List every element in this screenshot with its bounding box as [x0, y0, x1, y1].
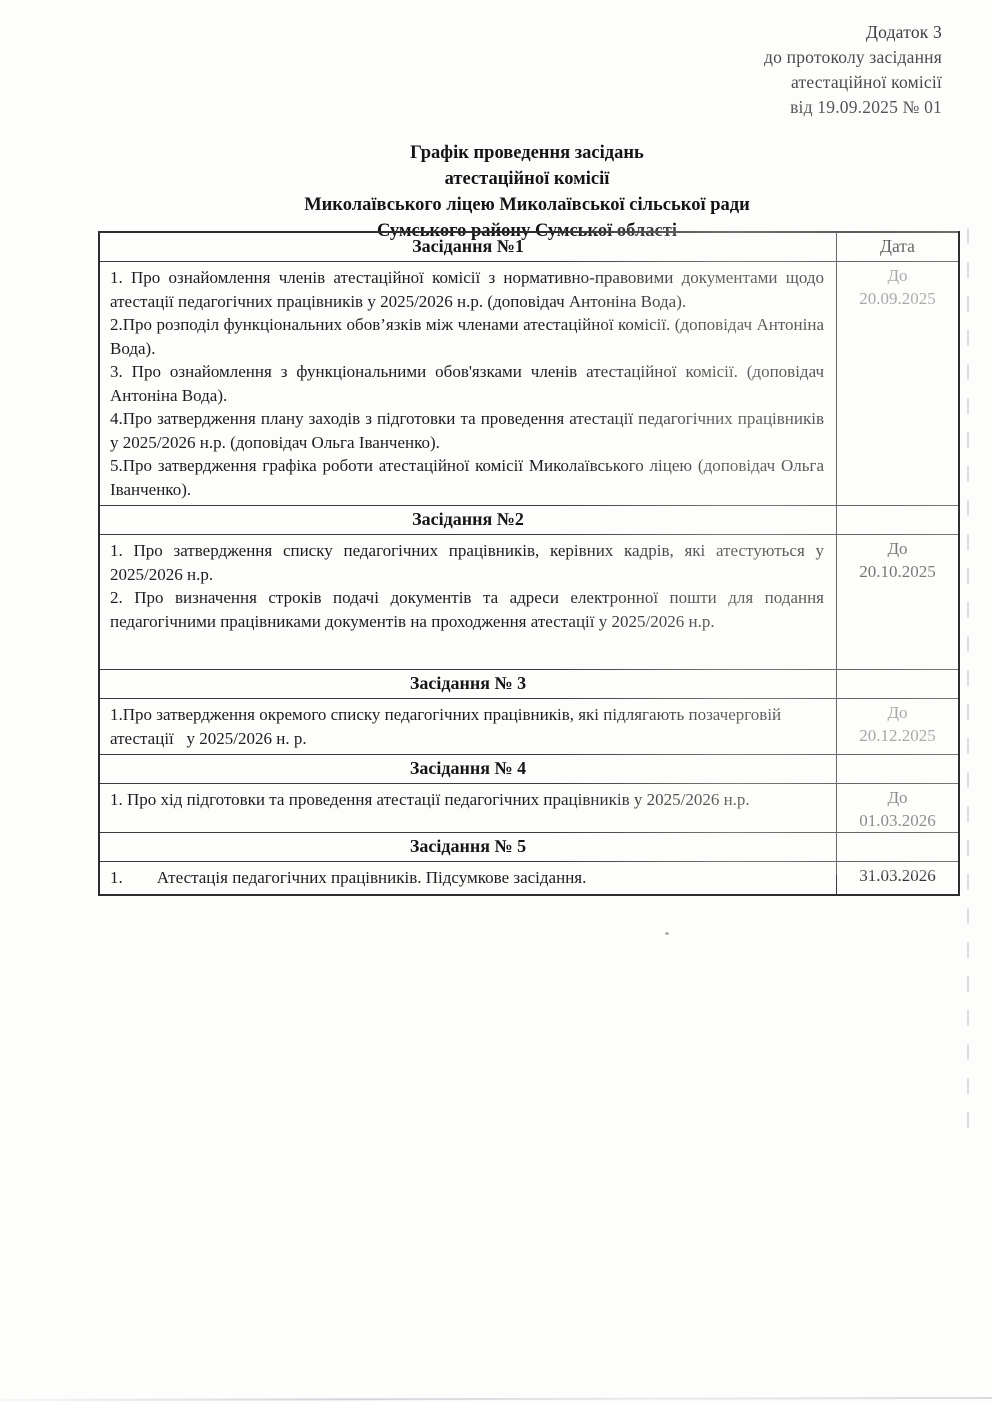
- scanned-document-page: Додаток 3 до протоколу засідання атестац…: [0, 0, 992, 1403]
- section-header-row: Засідання №1 Дата: [100, 233, 958, 261]
- date-cell-empty: [837, 670, 958, 698]
- date-column-header: Дата: [837, 233, 958, 261]
- date-cell: 31.03.2026: [837, 862, 958, 894]
- section-header-row: Засідання № 4: [100, 754, 958, 783]
- date-line: 20.12.2025: [837, 724, 958, 747]
- date-cell-empty: [837, 755, 958, 783]
- agenda-item: 1. Атестація педагогічних працівників. П…: [110, 866, 824, 890]
- date-cell-empty: [837, 506, 958, 534]
- agenda-item: 2. Про визначення строків подачі докумен…: [110, 586, 824, 633]
- date-line: 20.10.2025: [837, 560, 958, 583]
- section-header-row: Засідання № 3: [100, 669, 958, 698]
- section-header: Засідання № 4: [100, 755, 837, 783]
- agenda-cell: 1. Про ознайомлення членів атестаційної …: [100, 262, 837, 505]
- date-cell: До 20.10.2025: [837, 535, 958, 669]
- date-cell: До 20.09.2025: [837, 262, 958, 505]
- agenda-cell: 1. Про хід підготовки та проведення атес…: [100, 784, 837, 832]
- scan-artifact-right-edge: [967, 228, 969, 1128]
- agenda-item: 1. Про затвердження списку педагогічних …: [110, 539, 824, 586]
- table-section-4: Засідання № 4 1. Про хід підготовки та п…: [100, 754, 958, 832]
- date-line: До: [837, 264, 958, 287]
- agenda-item: 5.Про затвердження графіка роботи атеста…: [110, 454, 824, 501]
- appendix-line: атестаційної комісії: [764, 70, 942, 95]
- agenda-item: 3. Про ознайомлення з функціональними об…: [110, 360, 824, 407]
- scan-artifact-bottom-edge: [0, 1397, 992, 1401]
- agenda-item: 1.Про затвердження окремого списку педаг…: [110, 703, 824, 750]
- section-body-row: 1. Про хід підготовки та проведення атес…: [100, 783, 958, 832]
- agenda-cell: 1. Атестація педагогічних працівників. П…: [100, 862, 837, 894]
- agenda-item: 1. Про хід підготовки та проведення атес…: [110, 788, 824, 812]
- section-header: Засідання №2: [100, 506, 837, 534]
- section-body-row: 1. Про затвердження списку педагогічних …: [100, 534, 958, 669]
- section-body-row: 1.Про затвердження окремого списку педаг…: [100, 698, 958, 754]
- scan-artifact-dot: [665, 932, 669, 935]
- title-line: Графік проведення засідань: [98, 140, 956, 166]
- section-header-row: Засідання №2: [100, 505, 958, 534]
- appendix-line: Додаток 3: [764, 20, 942, 45]
- agenda-item: 1. Про ознайомлення членів атестаційної …: [110, 266, 824, 313]
- title-line: атестаційної комісії: [98, 166, 956, 192]
- agenda-cell: 1. Про затвердження списку педагогічних …: [100, 535, 837, 669]
- appendix-line: до протоколу засідання: [764, 45, 942, 70]
- date-line: До: [837, 786, 958, 809]
- date-cell: До 01.03.2026: [837, 784, 958, 832]
- section-header-row: Засідання № 5: [100, 832, 958, 861]
- date-line: До: [837, 537, 958, 560]
- date-line: До: [837, 701, 958, 724]
- section-body-row: 1. Атестація педагогічних працівників. П…: [100, 861, 958, 894]
- section-header: Засідання № 5: [100, 833, 837, 861]
- section-header: Засідання №1: [100, 233, 837, 261]
- table-section-5: Засідання № 5 1. Атестація педагогічних …: [100, 832, 958, 894]
- document-title: Графік проведення засідань атестаційної …: [98, 140, 956, 244]
- agenda-cell: 1.Про затвердження окремого списку педаг…: [100, 699, 837, 754]
- date-line: 01.03.2026: [837, 809, 958, 832]
- title-line: Миколаївського ліцею Миколаївської сільс…: [98, 192, 956, 218]
- date-cell-empty: [837, 833, 958, 861]
- appendix-reference-block: Додаток 3 до протоколу засідання атестац…: [764, 20, 942, 120]
- appendix-line: від 19.09.2025 № 01: [764, 95, 942, 120]
- meeting-schedule-table: Засідання №1 Дата 1. Про ознайомлення чл…: [98, 231, 960, 896]
- date-line: 31.03.2026: [837, 864, 958, 887]
- table-section-2: Засідання №2 1. Про затвердження списку …: [100, 505, 958, 669]
- section-header: Засідання № 3: [100, 670, 837, 698]
- date-line: 20.09.2025: [837, 287, 958, 310]
- table-section-3: Засідання № 3 1.Про затвердження окремог…: [100, 669, 958, 754]
- date-cell: До 20.12.2025: [837, 699, 958, 754]
- agenda-item: 4.Про затвердження плану заходів з підго…: [110, 407, 824, 454]
- agenda-item: 2.Про розподіл функціональних обов’язків…: [110, 313, 824, 360]
- section-body-row: 1. Про ознайомлення членів атестаційної …: [100, 261, 958, 505]
- table-section-1: Засідання №1 Дата 1. Про ознайомлення чл…: [100, 233, 958, 505]
